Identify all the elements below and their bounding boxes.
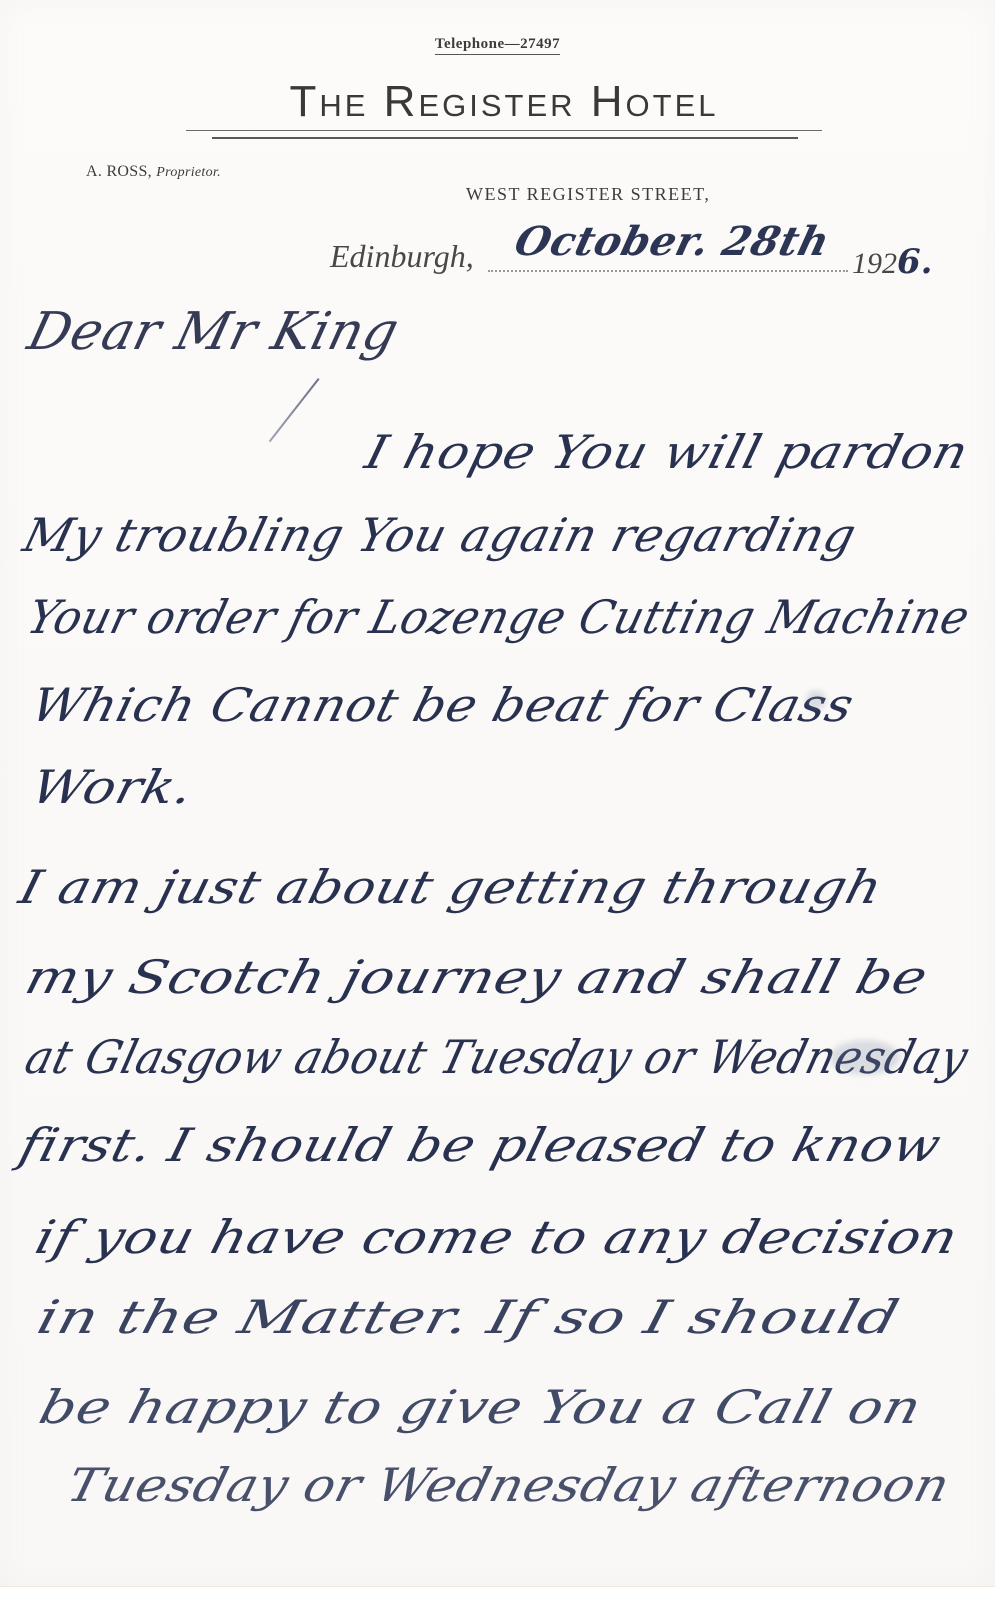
ink-smudge	[830, 1040, 900, 1075]
year-handwritten: 6.	[897, 242, 933, 282]
letter-line: be happy to give You a Call on	[34, 1380, 927, 1434]
telephone-line: Telephone—27497	[0, 36, 995, 53]
letterhead-rule	[186, 130, 822, 131]
letter-line: Tuesday or Wednesday afternoon	[62, 1458, 956, 1512]
letter-line: Work.	[26, 760, 199, 814]
year-printed: 192	[852, 247, 897, 280]
page-bottom-margin	[0, 1586, 995, 1600]
year: 1926.	[852, 242, 933, 282]
letter-line: my Scotch journey and shall be	[20, 950, 933, 1004]
pen-stroke	[269, 378, 320, 442]
proprietor-line: A. ROSS, Proprietor.	[86, 163, 221, 181]
handwritten-date: October. 28th	[510, 218, 834, 265]
letter-line: first. I should be pleased to know	[14, 1118, 947, 1172]
letter-line: Which Cannot be beat for Class	[26, 678, 859, 732]
proprietor-title: Proprietor.	[156, 165, 221, 180]
letter-line: My troubling You again regarding	[18, 508, 862, 562]
letter-line: in the Matter. If so I should	[32, 1290, 905, 1344]
letter-line: Your order for Lozenge Cutting Machine	[22, 590, 975, 644]
ink-smudge	[806, 690, 826, 710]
street-address: WEST REGISTER STREET,	[466, 184, 710, 205]
city-name: Edinburgh,	[330, 238, 474, 275]
letterhead-rule-double	[212, 137, 798, 139]
letter-line: I am just about getting through	[14, 860, 888, 914]
hotel-name: The Register Hotel	[186, 76, 822, 128]
date-dotted-line	[488, 270, 848, 272]
letter-line: if you have come to any decision	[30, 1210, 964, 1264]
telephone-number: Telephone—27497	[435, 36, 560, 55]
letter-line: I hope You will pardon	[360, 425, 974, 479]
proprietor-name: A. ROSS,	[86, 163, 152, 180]
letter-page: Telephone—27497 The Register Hotel A. RO…	[0, 0, 995, 1586]
salutation: Dear Mr King	[22, 302, 405, 362]
